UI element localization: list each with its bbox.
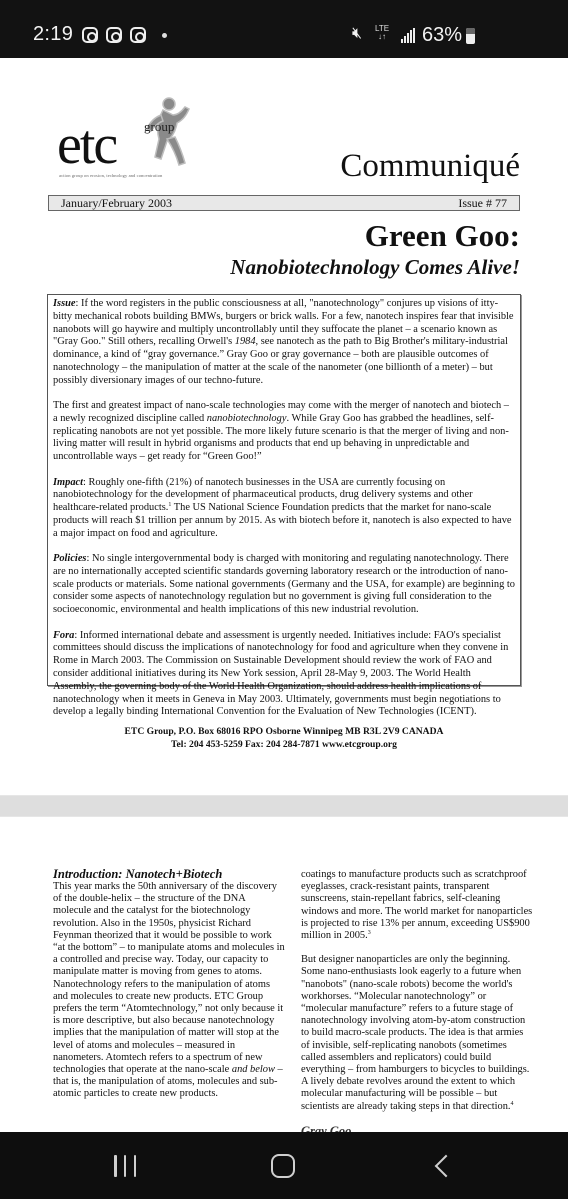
impact-label: Impact xyxy=(53,477,83,488)
right-column: coatings to manufacture products such as… xyxy=(301,869,533,1133)
instagram-icon xyxy=(106,27,122,43)
logo-tagline: action group on erosion, technology and … xyxy=(59,173,162,178)
instagram-icon xyxy=(82,27,98,43)
back-icon[interactable] xyxy=(435,1155,458,1178)
page-separator xyxy=(0,795,568,817)
green-goo-paragraph: The first and greatest impact of nano-sc… xyxy=(53,400,515,464)
issue-label: Issue xyxy=(53,298,76,309)
issue-paragraph: Issue: If the word registers in the publ… xyxy=(53,298,515,388)
policies-paragraph: Policies: No single intergovernmental bo… xyxy=(53,553,515,617)
section-heading: Introduction: Nanotech+Biotech xyxy=(53,867,285,881)
footnote-ref: 4 xyxy=(510,1101,513,1107)
status-bar: 2:19 🔇︎ LTE↓↑ 63% xyxy=(0,0,568,58)
document-page-1: etc group action group on erosion, techn… xyxy=(0,58,568,795)
battery-icon xyxy=(466,28,475,44)
dancing-figure-icon xyxy=(145,95,195,177)
headline: Green Goo: Nanobiotechnology Comes Alive… xyxy=(230,218,520,280)
contact-footer: ETC Group, P.O. Box 68016 RPO Osborne Wi… xyxy=(0,726,568,751)
nanobots-paragraph: But designer nanoparticles are only the … xyxy=(301,954,533,1113)
logo-group-text: group xyxy=(144,119,174,135)
recent-apps-icon[interactable] xyxy=(114,1155,136,1177)
battery-percent: 63% xyxy=(422,24,462,47)
footnote-ref: 3 xyxy=(368,930,371,936)
issue-number: Issue # 77 xyxy=(458,196,507,210)
issue-date: January/February 2003 xyxy=(61,196,172,210)
intro-paragraph: This year marks the 50th anniversary of … xyxy=(53,881,285,1101)
date-issue-bar: January/February 2003 Issue # 77 xyxy=(48,195,520,211)
postal-address: ETC Group, P.O. Box 68016 RPO Osborne Wi… xyxy=(0,726,568,739)
policies-label: Policies xyxy=(53,553,86,564)
phone-fax-web: Tel: 204 453-5259 Fax: 204 284-7871 www.… xyxy=(0,739,568,752)
nanoparticles-paragraph: coatings to manufacture products such as… xyxy=(301,869,533,942)
document-page-2: Introduction: Nanotech+Biotech This year… xyxy=(0,817,568,1132)
fora-paragraph: Fora: Informed international debate and … xyxy=(53,630,515,720)
navigation-bar xyxy=(0,1132,568,1199)
left-column: Introduction: Nanotech+Biotech This year… xyxy=(53,867,285,1113)
lte-icon: LTE↓↑ xyxy=(375,25,389,41)
publication-title: Communiqué xyxy=(340,148,520,185)
etc-group-logo: etc group action group on erosion, techn… xyxy=(57,95,197,177)
clock: 2:19 xyxy=(33,23,73,46)
instagram-icon xyxy=(130,27,146,43)
summary-box: Issue: If the word registers in the publ… xyxy=(47,294,521,686)
headline-subtitle: Nanobiotechnology Comes Alive! xyxy=(230,254,520,280)
vibrate-mute-icon: 🔇︎ xyxy=(352,25,362,43)
fora-label: Fora xyxy=(53,630,74,641)
headline-title: Green Goo: xyxy=(230,218,520,254)
home-icon[interactable] xyxy=(271,1154,295,1178)
impact-paragraph: Impact: Roughly one-fifth (21%) of nanot… xyxy=(53,477,515,541)
logo-etc-text: etc xyxy=(57,117,116,173)
signal-bars-icon xyxy=(401,28,415,43)
more-notifications-dot-icon xyxy=(162,33,167,38)
